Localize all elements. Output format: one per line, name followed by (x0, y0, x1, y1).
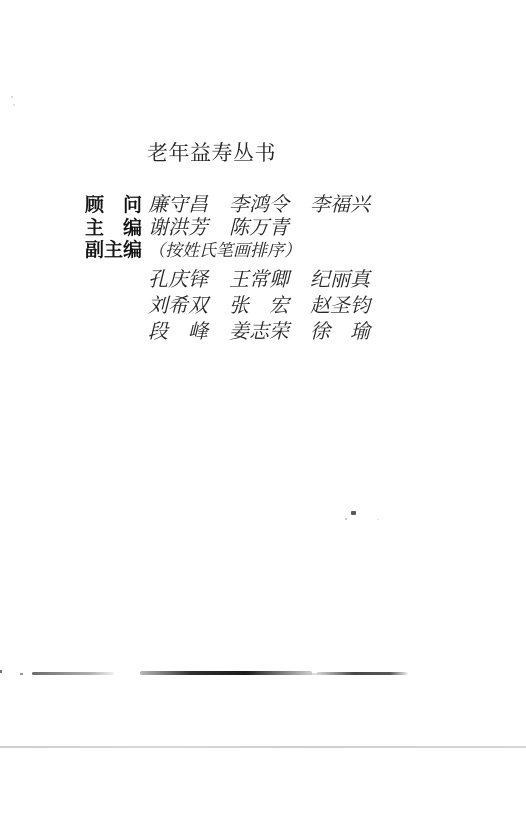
deputy-editor-name: 刘希双 (148, 292, 211, 318)
advisor-name: 李福兴 (310, 193, 373, 216)
deputy-editor-name-grid: 孔庆铎 王常卿 纪丽真 刘希双 张 宏 赵圣钧 段 峰 姜志荣 徐 瑜 (148, 266, 425, 344)
deputy-editor-name: 赵圣钧 (310, 292, 373, 318)
deputy-editor-name: 纪丽真 (310, 266, 373, 292)
deputy-editor-name: 张 宏 (229, 292, 292, 318)
chief-editor-name: 陈万青 (229, 216, 292, 239)
deputy-editor-row: 副主编 （按姓氏笔画排序） (85, 239, 425, 262)
deputy-editor-name: 段 峰 (148, 318, 211, 344)
scan-streak-bridge (310, 673, 318, 675)
scan-speck (351, 511, 356, 515)
scan-speck (13, 104, 15, 106)
chief-editor-row: 主编 谢洪芳 陈万青 (85, 216, 425, 239)
scan-streak-left (32, 672, 114, 675)
scan-streak-right (317, 672, 408, 675)
advisor-label: 顾问 (85, 194, 142, 217)
chief-editor-name: 谢洪芳 (148, 216, 211, 239)
scan-speck (11, 96, 13, 98)
advisor-name: 廉守昌 (148, 193, 211, 216)
chief-editor-names: 谢洪芳 陈万青 (148, 216, 310, 239)
scan-streak-center (140, 671, 312, 675)
scan-fold-line (0, 746, 526, 748)
scan-speck (345, 518, 347, 520)
scanned-book-credits-page: 老年益寿丛书 顾问 廉守昌 李鸿令 李福兴 主编 谢洪芳 陈万青 副主编 （按姓… (0, 0, 526, 840)
scan-speck (377, 519, 379, 520)
deputy-name-row: 刘希双 张 宏 赵圣钧 (148, 292, 425, 318)
deputy-name-row: 孔庆铎 王常卿 纪丽真 (148, 266, 425, 292)
series-title: 老年益寿丛书 (147, 137, 276, 167)
advisor-names: 廉守昌 李鸿令 李福兴 (148, 193, 391, 216)
deputy-editor-name: 王常卿 (229, 266, 292, 292)
advisor-row: 顾问 廉守昌 李鸿令 李福兴 (85, 193, 425, 216)
sorting-note: （按姓氏笔画排序） (148, 240, 301, 263)
chief-editor-label: 主编 (85, 217, 142, 240)
deputy-editor-label: 副主编 (85, 239, 142, 262)
deputy-editor-name: 孔庆铎 (148, 266, 211, 292)
deputy-name-row: 段 峰 姜志荣 徐 瑜 (148, 318, 425, 344)
advisor-name: 李鸿令 (229, 193, 292, 216)
deputy-editor-name: 徐 瑜 (310, 318, 373, 344)
credits-block: 顾问 廉守昌 李鸿令 李福兴 主编 谢洪芳 陈万青 副主编 （按姓氏笔画排序） … (85, 193, 425, 344)
deputy-editor-name: 姜志荣 (229, 318, 292, 344)
scan-small-tick (20, 673, 23, 675)
scan-edge-tick (0, 670, 2, 673)
